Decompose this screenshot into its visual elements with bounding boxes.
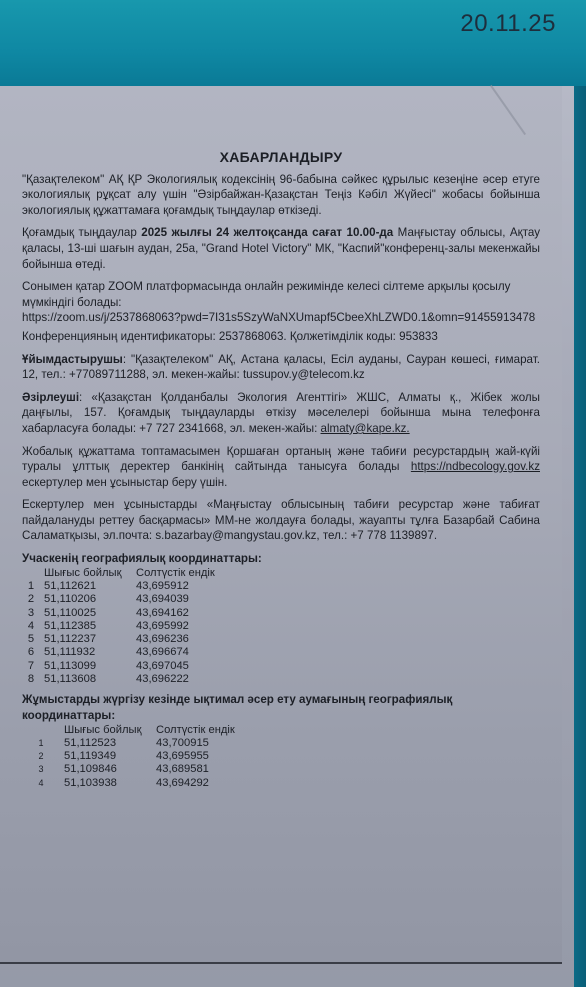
organizer-paragraph: Ұйымдастырушы: "Қазақтелеком" АҚ, Астана… (22, 352, 540, 383)
longitude-cell: 51,112621 (40, 580, 136, 593)
developer-text: : «Қазақстан Қолданбалы Экология Агентті… (22, 391, 540, 435)
developer-email-link[interactable]: almaty@kape.kz. (321, 422, 410, 435)
latitude-cell: 43,696222 (136, 673, 256, 686)
docs-suffix: ескертулер мен ұсыныстар беру үшін. (22, 476, 227, 489)
coords-row: 651,11193243,696674 (22, 646, 256, 659)
longitude-cell: 51,112523 (60, 737, 156, 750)
latitude-cell: 43,694162 (136, 607, 256, 620)
coords-row: 851,11360843,696222 (22, 673, 256, 686)
row-number: 3 (22, 763, 60, 776)
header-latitude: Солтүстік ендік (136, 567, 256, 580)
row-number: 4 (22, 777, 60, 790)
latitude-cell: 43,694039 (136, 593, 256, 606)
zoom-text: Сонымен қатар ZOOM платформасында онлайн… (22, 280, 510, 309)
coords-row: 451,10393843,694292 (22, 777, 276, 790)
longitude-cell: 51,110206 (40, 593, 136, 606)
site-coords-title: Учаскенің географиялық координаттары: (22, 551, 540, 567)
row-number: 8 (22, 673, 40, 686)
impact-coords-title: Жұмыстарды жүргізу кезінде ықтимал әсер … (22, 692, 492, 723)
longitude-cell: 51,112237 (40, 633, 136, 646)
latitude-cell: 43,696674 (136, 646, 256, 659)
site-coords-table: Шығыс бойлық Солтүстік ендік 151,1126214… (22, 567, 256, 687)
row-number: 4 (22, 620, 40, 633)
longitude-cell: 51,103938 (60, 777, 156, 790)
coords-row: 251,11934943,695955 (22, 750, 276, 763)
organizer-label: Ұйымдастырушы (22, 353, 123, 366)
intro-paragraph: "Қазақтелеком" АҚ ҚР Экологиялық кодексі… (22, 172, 540, 219)
row-number: 2 (22, 750, 60, 763)
row-number: 6 (22, 646, 40, 659)
impact-coords-table: Шығыс бойлық Солтүстік ендік 151,1125234… (22, 724, 276, 790)
longitude-cell: 51,112385 (40, 620, 136, 633)
conference-id: Конференцияның идентификаторы: 253786806… (22, 329, 540, 345)
latitude-cell: 43,695992 (136, 620, 256, 633)
hearing-prefix: Қоғамдық тыңдаулар (22, 226, 141, 239)
longitude-cell: 51,111932 (40, 646, 136, 659)
coords-row: 151,11262143,695912 (22, 580, 256, 593)
row-number: 1 (22, 737, 60, 750)
remarks-paragraph: Ескертулер мен ұсыныстарды «Маңғыстау об… (22, 497, 540, 544)
coords-row: 251,11020643,694039 (22, 593, 256, 606)
header-longitude: Шығыс бойлық (60, 724, 156, 737)
longitude-cell: 51,113608 (40, 673, 136, 686)
row-number: 7 (22, 660, 40, 673)
latitude-cell: 43,694292 (156, 777, 276, 790)
latitude-cell: 43,689581 (156, 763, 276, 776)
row-number: 1 (22, 580, 40, 593)
row-number: 3 (22, 607, 40, 620)
handwritten-date: 20.11.25 (460, 10, 556, 38)
developer-paragraph: Әзірлеуші: «Қазақстан Қолданбалы Экологи… (22, 390, 540, 437)
coords-row: 351,11002543,694162 (22, 607, 256, 620)
coords-row: 151,11252343,700915 (22, 737, 276, 750)
notice-board-edge (574, 86, 586, 987)
zoom-link[interactable]: https://zoom.us/j/2537868063?pwd=7I31s5S… (22, 311, 535, 324)
header-longitude: Шығыс бойлық (40, 567, 136, 580)
longitude-cell: 51,119349 (60, 750, 156, 763)
notice-content: ХАБАРЛАНДЫРУ "Қазақтелеком" АҚ ҚР Эколог… (22, 150, 540, 796)
developer-label: Әзірлеуші (22, 391, 79, 404)
row-number: 5 (22, 633, 40, 646)
coords-row: 351,10984643,689581 (22, 763, 276, 776)
latitude-cell: 43,695912 (136, 580, 256, 593)
ndbecology-link[interactable]: https://ndbecology.gov.kz (411, 460, 540, 473)
longitude-cell: 51,113099 (40, 660, 136, 673)
zoom-paragraph: Сонымен қатар ZOOM платформасында онлайн… (22, 279, 540, 326)
coords-row: 451,11238543,695992 (22, 620, 256, 633)
hearing-date: 2025 жылғы 24 желтоқсанда сағат 10.00-да (141, 226, 393, 239)
docs-paragraph: Жобалық құжаттама топтамасымен Қоршаған … (22, 444, 540, 491)
latitude-cell: 43,700915 (156, 737, 276, 750)
coords-row: 551,11223743,696236 (22, 633, 256, 646)
coords-row: 751,11309943,697045 (22, 660, 256, 673)
notice-board-frame: 20.11.25 (0, 0, 586, 86)
longitude-cell: 51,110025 (40, 607, 136, 620)
header-latitude: Солтүстік ендік (156, 724, 276, 737)
longitude-cell: 51,109846 (60, 763, 156, 776)
latitude-cell: 43,696236 (136, 633, 256, 646)
hearing-paragraph: Қоғамдық тыңдаулар 2025 жылғы 24 желтоқс… (22, 225, 540, 272)
latitude-cell: 43,697045 (136, 660, 256, 673)
row-number: 2 (22, 593, 40, 606)
latitude-cell: 43,695955 (156, 750, 276, 763)
notice-title: ХАБАРЛАНДЫРУ (22, 150, 540, 166)
